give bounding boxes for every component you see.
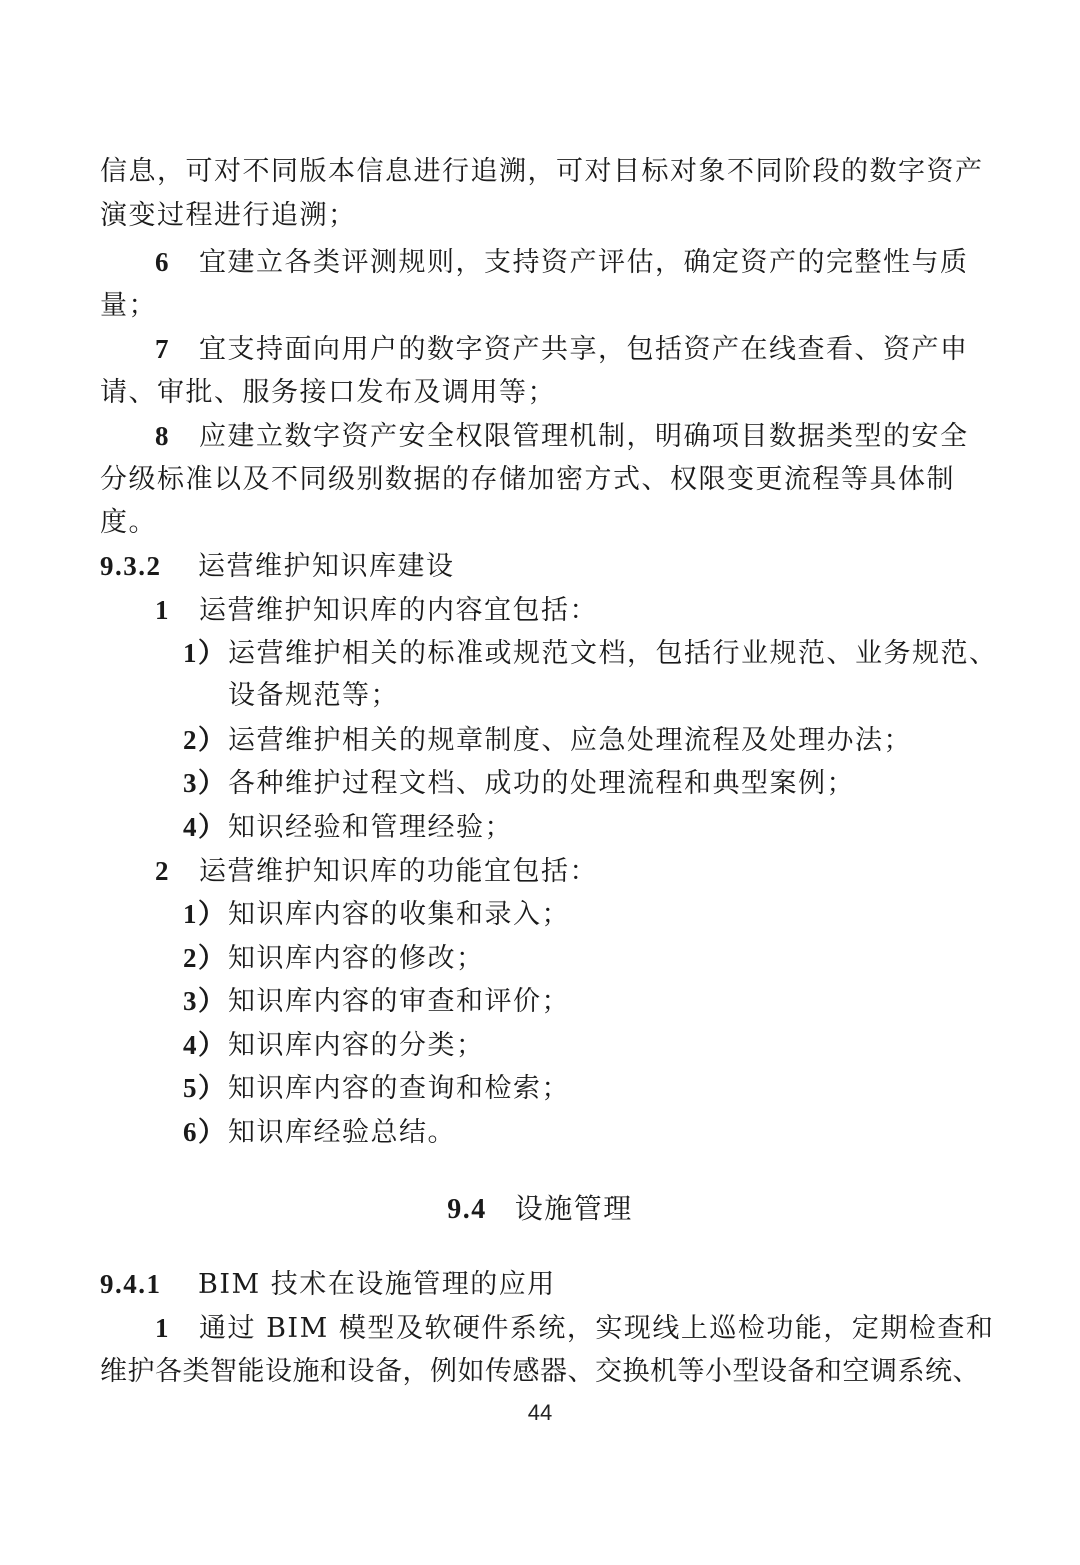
- item-number: 1: [155, 590, 199, 630]
- item-number: 2: [155, 851, 199, 891]
- section-number: 9.4.1: [100, 1264, 198, 1304]
- sub-item: 1）知识库内容的收集和录入；: [183, 894, 982, 934]
- sub-item: 6）知识库经验总结。: [183, 1112, 982, 1152]
- list-item-1: 1通过 BIM 模型及软硬件系统，实现线上巡检功能，定期检查和: [155, 1308, 982, 1348]
- sub-item-text: 知识库内容的审查和评价；: [228, 986, 570, 1017]
- section-number: 9.4: [447, 1190, 487, 1230]
- sub-item-number: 2）: [183, 938, 228, 978]
- sub-item: 2）知识库内容的修改；: [183, 938, 982, 978]
- item-text: 运营维护知识库的内容宜包括：: [199, 595, 598, 626]
- sub-item-number: 6）: [183, 1112, 228, 1152]
- item-text: 应建立数字资产安全权限管理机制，明确项目数据类型的安全: [199, 421, 969, 452]
- sub-item-number: 4）: [183, 1025, 228, 1065]
- paragraph-line: 量；: [100, 286, 982, 326]
- list-item-7: 7宜支持面向用户的数字资产共享，包括资产在线查看、资产申: [155, 329, 982, 369]
- sub-item: 2）运营维护相关的规章制度、应急处理流程及处理办法；: [183, 720, 982, 760]
- sub-item: 5）知识库内容的查询和检索；: [183, 1068, 982, 1108]
- item-text: 宜支持面向用户的数字资产共享，包括资产在线查看、资产申: [199, 334, 969, 365]
- paragraph-line: 信息，可对不同版本信息进行追溯，可对目标对象不同阶段的数字资产: [100, 152, 982, 192]
- section-number: 9.3.2: [100, 546, 198, 586]
- sub-item-number: 4）: [183, 807, 228, 847]
- list-item-8: 8应建立数字资产安全权限管理机制，明确项目数据类型的安全: [155, 416, 982, 456]
- sub-item-text: 知识库经验总结。: [228, 1117, 456, 1148]
- sub-item-text: 知识库内容的查询和检索；: [228, 1073, 570, 1104]
- item-text: 宜建立各类评测规则，支持资产评估，确定资产的完整性与质: [199, 247, 969, 278]
- sub-item: 4）知识经验和管理经验；: [183, 807, 982, 847]
- sub-item-text: 知识库内容的修改；: [228, 943, 485, 974]
- sub-item-number: 2）: [183, 720, 228, 760]
- item-text: 运营维护知识库的功能宜包括：: [199, 856, 598, 887]
- sub-item: 4）知识库内容的分类；: [183, 1025, 982, 1065]
- paragraph-line: 维护各类智能设施和设备，例如传感器、交换机等小型设备和空调系统、: [100, 1352, 982, 1392]
- sub-item-text: 知识经验和管理经验；: [228, 812, 513, 843]
- sub-item-number: 1）: [183, 894, 228, 934]
- paragraph-line: 分级标准以及不同级别数据的存储加密方式、权限变更流程等具体制: [100, 460, 982, 500]
- sub-item-number: 5）: [183, 1068, 228, 1108]
- section-heading-9-4: 9.4设施管理: [0, 1189, 1080, 1229]
- section-title: BIM 技术在设施管理的应用: [198, 1269, 556, 1300]
- item-number: 7: [155, 329, 199, 369]
- paragraph-line: 演变过程进行追溯；: [100, 196, 982, 236]
- sub-item-number: 1）: [183, 633, 228, 673]
- sub-item: 1）运营维护相关的标准或规范文档，包括行业规范、业务规范、: [183, 633, 982, 673]
- sub-item-text: 运营维护相关的规章制度、应急处理流程及处理办法；: [228, 725, 912, 756]
- item-text: 通过 BIM 模型及软硬件系统，实现线上巡检功能，定期检查和: [199, 1313, 994, 1344]
- section-heading-9-4-1: 9.4.1BIM 技术在设施管理的应用: [100, 1264, 982, 1304]
- list-item-2: 2运营维护知识库的功能宜包括：: [155, 851, 982, 891]
- list-item-1: 1运营维护知识库的内容宜包括：: [155, 590, 982, 630]
- page-number: 44: [0, 1400, 1080, 1426]
- paragraph-line: 请、审批、服务接口发布及调用等；: [100, 373, 982, 413]
- sub-item-number: 3）: [183, 763, 228, 803]
- sub-item-text: 知识库内容的收集和录入；: [228, 899, 570, 930]
- section-title: 设施管理: [515, 1192, 633, 1225]
- section-heading-9-3-2: 9.3.2运营维护知识库建设: [100, 546, 982, 586]
- list-item-6: 6宜建立各类评测规则，支持资产评估，确定资产的完整性与质: [155, 242, 982, 282]
- sub-item-text: 各种维护过程文档、成功的处理流程和典型案例；: [228, 768, 855, 799]
- item-number: 6: [155, 242, 199, 282]
- sub-item: 3）各种维护过程文档、成功的处理流程和典型案例；: [183, 763, 982, 803]
- item-number: 8: [155, 416, 199, 456]
- paragraph-line: 度。: [100, 503, 982, 543]
- sub-item: 3）知识库内容的审查和评价；: [183, 981, 982, 1021]
- item-number: 1: [155, 1308, 199, 1348]
- sub-item-continuation: 设备规范等；: [228, 676, 982, 716]
- section-title: 运营维护知识库建设: [198, 551, 455, 582]
- sub-item-text: 运营维护相关的标准或规范文档，包括行业规范、业务规范、: [228, 638, 998, 669]
- sub-item-number: 3）: [183, 981, 228, 1021]
- sub-item-text: 知识库内容的分类；: [228, 1030, 485, 1061]
